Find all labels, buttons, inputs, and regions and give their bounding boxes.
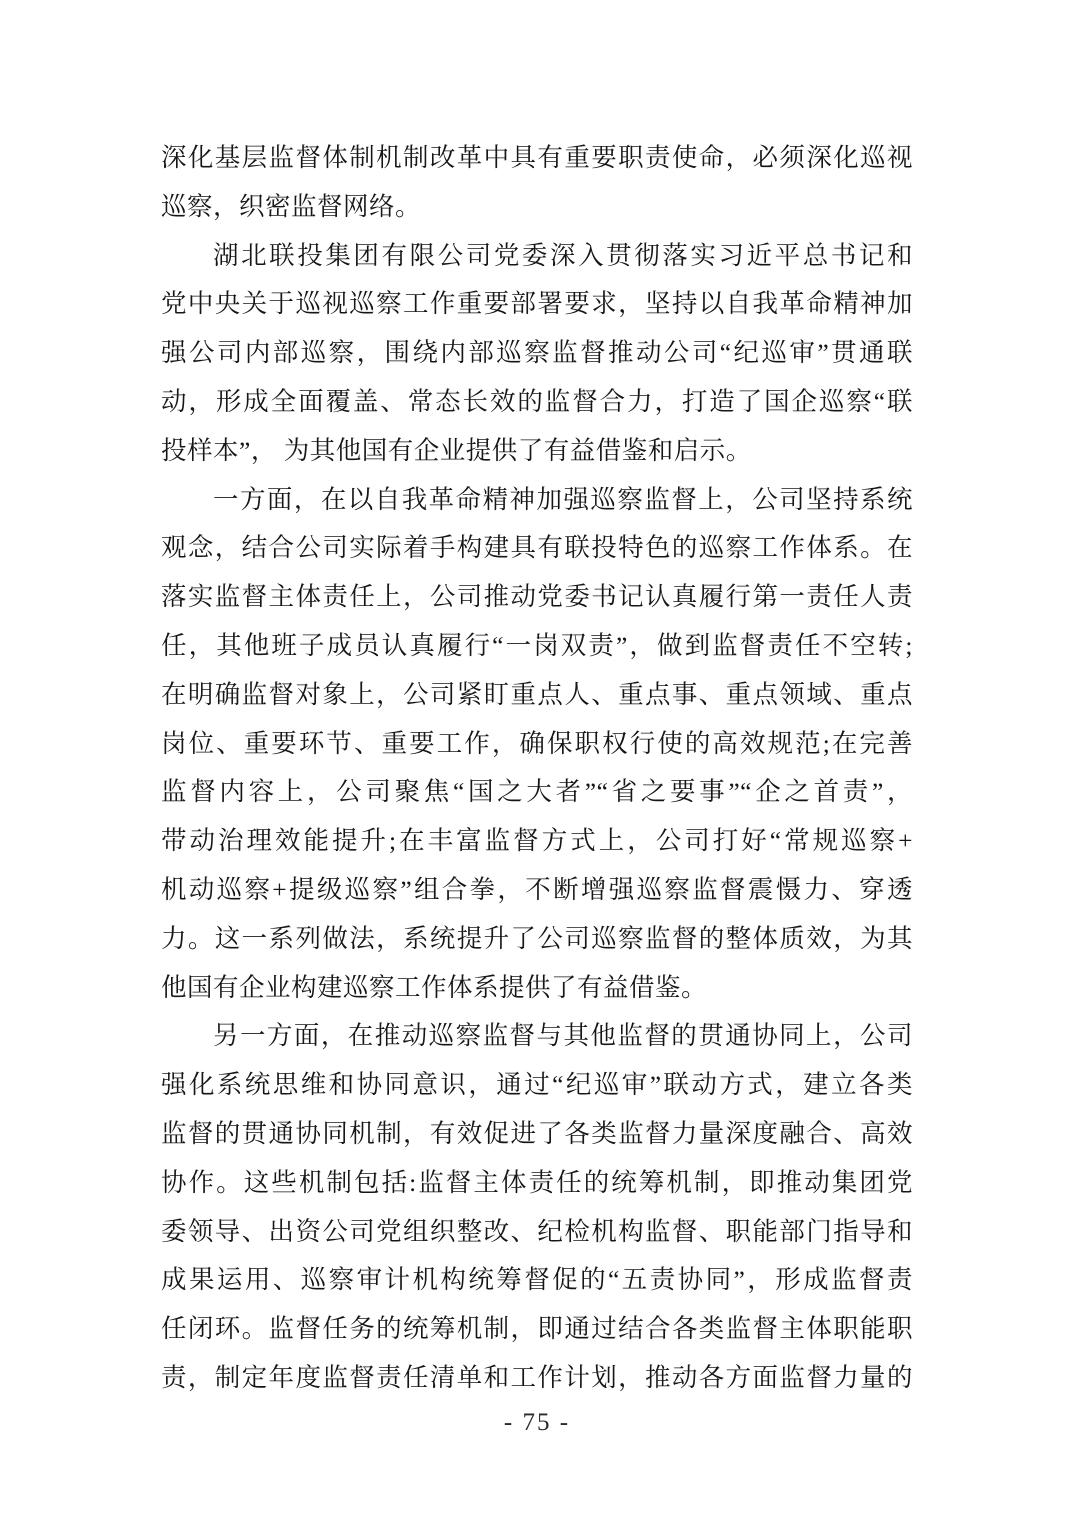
text-line: 动，形成全面覆盖、常态长效的监督合力，打造了国企巡察“联	[161, 378, 913, 427]
text-line: 强化系统思维和协同意识，通过“纪巡审”联动方式，建立各类	[161, 1061, 913, 1110]
text-line: 另一方面，在推动巡察监督与其他监督的贯通协同上，公司	[161, 1012, 913, 1061]
text-line: 任闭环。监督任务的统筹机制，即通过结合各类监督主体职能职	[161, 1305, 913, 1354]
page-number: - 75 -	[0, 1406, 1074, 1440]
text-line: 落实监督主体责任上，公司推动党委书记认真履行第一责任人责	[161, 573, 913, 622]
text-line: 岗位、重要环节、重要工作，确保职权行使的高效规范;在完善	[161, 720, 913, 769]
text-line: 力。这一系列做法，系统提升了公司巡察监督的整体质效，为其	[161, 915, 913, 964]
text-line: 他国有企业构建巡察工作体系提供了有益借鉴。	[161, 964, 913, 1013]
document-body: 深化基层监督体制机制改革中具有重要职责使命，必须深化巡视巡察，织密监督网络。湖北…	[161, 134, 913, 1403]
text-line: 湖北联投集团有限公司党委深入贯彻落实习近平总书记和	[161, 232, 913, 281]
text-line: 强公司内部巡察，围绕内部巡察监督推动公司“纪巡审”贯通联	[161, 329, 913, 378]
text-line: 深化基层监督体制机制改革中具有重要职责使命，必须深化巡视	[161, 134, 913, 183]
text-line: 一方面，在以自我革命精神加强巡察监督上，公司坚持系统	[161, 476, 913, 525]
text-line: 监督内容上，公司聚焦“国之大者”“省之要事”“企之首责”，	[161, 768, 913, 817]
text-line: 带动治理效能提升;在丰富监督方式上，公司打好“常规巡察+	[161, 817, 913, 866]
document-page: 深化基层监督体制机制改革中具有重要职责使命，必须深化巡视巡察，织密监督网络。湖北…	[0, 0, 1074, 1520]
text-line: 任，其他班子成员认真履行“一岗双责”，做到监督责任不空转;	[161, 622, 913, 671]
text-line: 观念，结合公司实际着手构建具有联投特色的巡察工作体系。在	[161, 524, 913, 573]
text-line: 监督的贯通协同机制，有效促进了各类监督力量深度融合、高效	[161, 1110, 913, 1159]
text-line: 责，制定年度监督责任清单和工作计划，推动各方面监督力量的	[161, 1354, 913, 1403]
text-line: 巡察，织密监督网络。	[161, 183, 913, 232]
text-line: 党中央关于巡视巡察工作重要部署要求，坚持以自我革命精神加	[161, 280, 913, 329]
text-line: 协作。这些机制包括:监督主体责任的统筹机制，即推动集团党	[161, 1159, 913, 1208]
text-line: 成果运用、巡察审计机构统筹督促的“五责协同”，形成监督责	[161, 1256, 913, 1305]
text-line: 机动巡察+提级巡察”组合拳，不断增强巡察监督震慑力、穿透	[161, 866, 913, 915]
text-line: 投样本”， 为其他国有企业提供了有益借鉴和启示。	[161, 427, 913, 476]
text-line: 委领导、出资公司党组织整改、纪检机构监督、职能部门指导和	[161, 1208, 913, 1257]
text-line: 在明确监督对象上，公司紧盯重点人、重点事、重点领域、重点	[161, 671, 913, 720]
